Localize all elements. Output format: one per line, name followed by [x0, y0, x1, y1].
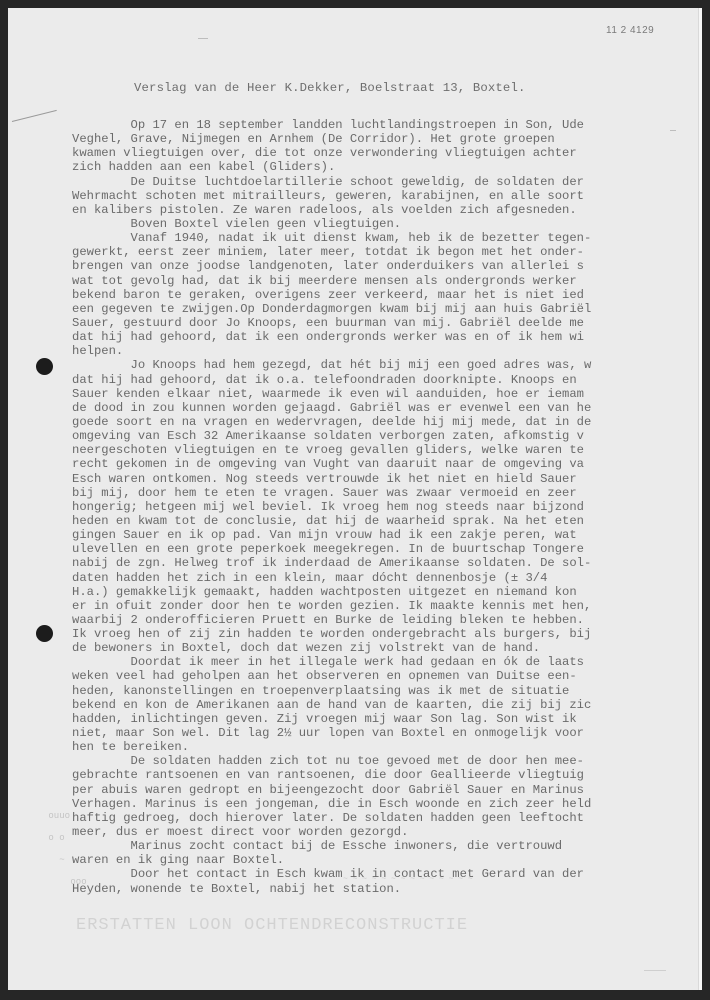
- text-line: hongerig; hetgeen mij wel beviel. Ik vro…: [72, 500, 702, 514]
- text-line: helpen.: [72, 344, 702, 358]
- text-line: De soldaten hadden zich tot nu toe gevoe…: [72, 754, 702, 768]
- text-line: Jo Knoops had hem gezegd, dat hét bij mi…: [72, 358, 702, 372]
- text-line: neergeschoten vliegtuigen en te vroeg ge…: [72, 443, 702, 457]
- text-line: wat tot gevolg had, dat ik bij meerdere …: [72, 274, 702, 288]
- text-line: gingen Sauer en ik op pad. Van mijn vrou…: [72, 528, 702, 542]
- text-line: H.a.) gemakkelijk gemaakt, hadden wachtp…: [72, 585, 702, 599]
- text-line: een gegeven te zwijgen.Op Donderdagmorge…: [72, 302, 702, 316]
- text-line: en kalibers pistolen. Ze waren radeloos,…: [72, 203, 702, 217]
- scanned-document-viewer: 11 2 4129 Verslag van de Heer K.Dekker, …: [0, 0, 710, 1000]
- text-line: gewerkt, eerst zeer miniem, later meer, …: [72, 245, 702, 259]
- text-line: bij mij, door hem te eten te vragen. Sau…: [72, 486, 702, 500]
- text-line: waren en ik ging naar Boxtel.: [72, 853, 702, 867]
- text-line: weken veel had geholpen aan het observer…: [72, 669, 702, 683]
- text-line: hadden, inlichtingen geven. Zij vroegen …: [72, 712, 702, 726]
- text-line: waarbij 2 onderofficieren Pruett en Burk…: [72, 613, 702, 627]
- document-body: Op 17 en 18 september landden luchtlandi…: [72, 118, 702, 896]
- text-line: bekend baron te geraken, overigens zeer …: [72, 288, 702, 302]
- text-line: Op 17 en 18 september landden luchtlandi…: [72, 118, 702, 132]
- punch-hole-bottom: [36, 625, 53, 642]
- document-page: 11 2 4129 Verslag van de Heer K.Dekker, …: [8, 8, 702, 990]
- margin-scribble-line: ~: [48, 855, 64, 865]
- text-line: meer, dus er moest direct voor worden ge…: [72, 825, 702, 839]
- text-line: heden, kanonstellingen en troepenverplaa…: [72, 684, 702, 698]
- text-line: brengen van onze joodse landgenoten, lat…: [72, 259, 702, 273]
- stray-mark: [644, 970, 666, 971]
- text-line: hen te bereiken.: [72, 740, 702, 754]
- stray-mark: [198, 38, 208, 39]
- text-line: de bewoners in Boxtel, doch dat wezen zi…: [72, 641, 702, 655]
- margin-scribble-line: ooo: [48, 877, 86, 887]
- bleed-through-text: ERSTATTEN LOON OCHTENDRECONSTRUCTIE: [76, 916, 468, 935]
- text-line: niet, maar Son wel. Dit lag 2½ uur lopen…: [72, 726, 702, 740]
- text-line: daten hadden het zich in een klein, maar…: [72, 571, 702, 585]
- text-line: omgeving van Esch 32 Amerikaanse soldate…: [72, 429, 702, 443]
- text-line: goede soort en na vragen en wedervragen,…: [72, 415, 702, 429]
- text-line: bekend en kon de Amerikanen aan de hand …: [72, 698, 702, 712]
- text-line: Sauer kenden elkaar niet, waarmede ik ev…: [72, 387, 702, 401]
- archive-number: 11 2 4129: [606, 25, 654, 36]
- margin-scribble: ouuo o o ~ ooo: [16, 800, 87, 899]
- text-line: per abuis waren gedropt en bijeengezocht…: [72, 783, 702, 797]
- pencil-mark: [12, 110, 57, 122]
- text-line: Sauer, gestuurd door Jo Knoops, een buur…: [72, 316, 702, 330]
- text-line: Veghel, Grave, Nijmegen en Arnhem (De Co…: [72, 132, 702, 146]
- text-line: Marinus zocht contact bij de Essche inwo…: [72, 839, 702, 853]
- text-line: Esch waren ontkomen. Nog steeds vertrouw…: [72, 472, 702, 486]
- text-line: haftig gedroeg, doch hierover later. De …: [72, 811, 702, 825]
- faint-overprint: ~ ~ ~ ~ ~ ~ ~ ~ ~ ~ ~ ~ ~ ~: [343, 875, 473, 884]
- margin-scribble-line: ouuo: [48, 811, 70, 821]
- text-line: zich hadden aan een kabel (Gliders).: [72, 160, 702, 174]
- text-line: de dood in zou kunnen worden gejaagd. Ga…: [72, 401, 702, 415]
- text-line: gebrachte rantsoenen en van rantsoenen, …: [72, 768, 702, 782]
- text-line: ulevellen en een grote peperkoek meegekr…: [72, 542, 702, 556]
- text-line: De Duitse luchtdoelartillerie schoot gew…: [72, 175, 702, 189]
- text-line: nabij de zgn. Helweg trof ik inderdaad d…: [72, 556, 702, 570]
- text-line: Ik vroeg hen of zij zin hadden te worden…: [72, 627, 702, 641]
- punch-hole-top: [36, 358, 53, 375]
- text-line: recht gekomen in de omgeving van Vught v…: [72, 457, 702, 471]
- text-line: dat hij had gehoord, dat ik o.a. telefoo…: [72, 373, 702, 387]
- text-line: Verhagen. Marinus is een jongeman, die i…: [72, 797, 702, 811]
- margin-scribble-line: o o: [48, 833, 64, 843]
- text-line: er in ofuit zonder door hen te worden ge…: [72, 599, 702, 613]
- text-line: Wehrmacht schoten met mitrailleurs, gewe…: [72, 189, 702, 203]
- text-line: Doordat ik meer in het illegale werk had…: [72, 655, 702, 669]
- text-line: dat hij had gehoord, dat ik een ondergro…: [72, 330, 702, 344]
- text-line: kwamen vliegtuigen over, die tot onze ve…: [72, 146, 702, 160]
- text-line: Boven Boxtel vielen geen vliegtuigen.: [72, 217, 702, 231]
- document-title: Verslag van de Heer K.Dekker, Boelstraat…: [134, 81, 526, 95]
- text-line: heden en kwam tot de conclusie, dat hij …: [72, 514, 702, 528]
- text-line: Vanaf 1940, nadat ik uit dienst kwam, he…: [72, 231, 702, 245]
